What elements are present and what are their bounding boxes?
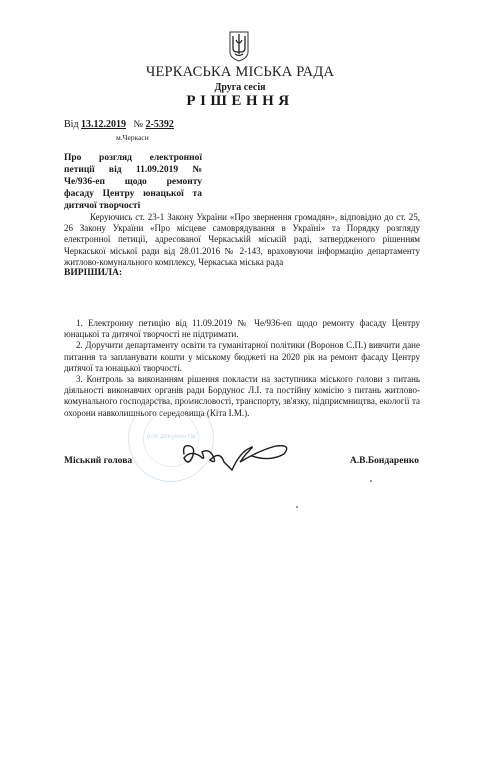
decision-number: 2-5392	[146, 119, 174, 130]
handwritten-signature-icon	[180, 440, 300, 476]
subject-line: Про розгляд електронної	[64, 152, 202, 164]
preamble-text: Керуючись ст. 23-1 Закону України «Про з…	[64, 212, 420, 268]
subject-line: дитячої творчості	[64, 200, 202, 212]
session-label: Друга сесія	[0, 82, 480, 93]
subject-line: петиції від 11.09.2019 №	[64, 164, 202, 176]
resolved-heading: ВИРІШИЛА:	[64, 268, 420, 279]
preamble-block: Керуючись ст. 23-1 Закону України «Про з…	[64, 212, 420, 279]
decision-item: 2. Доручити департаменту освіти та гуман…	[64, 340, 420, 374]
dateline: Від 13.12.2019 № 2-5392	[64, 119, 174, 130]
scan-speck	[370, 480, 372, 482]
scan-speck	[296, 506, 298, 508]
stamp-text: для документів	[129, 433, 213, 440]
signatory-position: Міський голова	[64, 456, 132, 466]
signatory-name: А.В.Бондаренко	[350, 456, 419, 466]
city-label: м.Черкаси	[116, 133, 149, 142]
document-title: РІШЕННЯ	[0, 93, 480, 110]
date-prefix: Від	[64, 119, 79, 130]
number-sign: №	[134, 119, 144, 130]
subject-line: Че/936-еп щодо ремонту	[64, 176, 202, 188]
decision-item: 3. Контроль за виконанням рішення поклас…	[64, 374, 420, 419]
decision-date: 13.12.2019	[81, 119, 126, 130]
subject-line: фасаду Центру юнацької та	[64, 188, 202, 200]
subject-block: Про розгляд електронної петиції від 11.0…	[64, 152, 202, 212]
council-name: ЧЕРКАСЬКА МІСЬКА РАДА	[0, 64, 480, 81]
decision-item: 1. Електронну петицію від 11.09.2019 № Ч…	[64, 318, 420, 340]
trident-emblem-icon	[228, 30, 250, 62]
decision-items: 1. Електронну петицію від 11.09.2019 № Ч…	[64, 318, 420, 419]
document-page: ЧЕРКАСЬКА МІСЬКА РАДА Друга сесія РІШЕНН…	[0, 0, 480, 765]
